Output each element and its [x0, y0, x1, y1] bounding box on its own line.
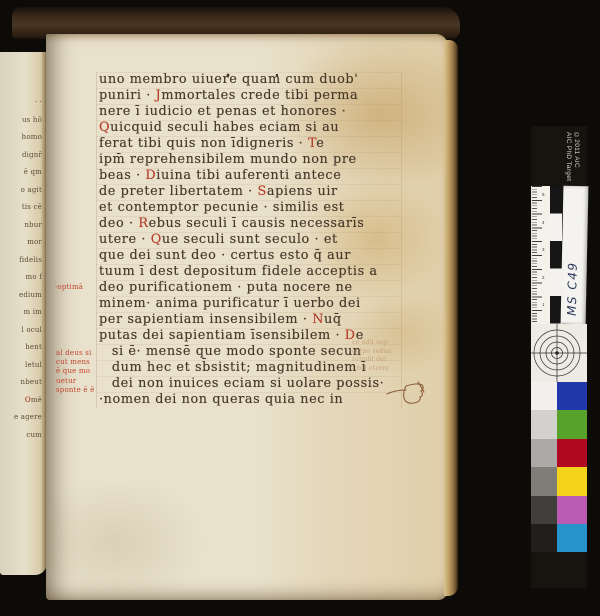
text-line: putas dei sapientiam īsensibilem · De [99, 328, 395, 344]
facing-fragment: homo [2, 129, 42, 147]
text-line: ferat tibi quis non īdigneris · Te [99, 136, 395, 152]
text-line: ·nomen dei non queras quia nec in [99, 392, 395, 408]
text-line: dei non inuices eciam si uolare possis· [99, 376, 395, 392]
gloss-line: al deus si [56, 349, 108, 358]
facing-fragment: ē qm [2, 164, 42, 182]
gloss-line: sponte ē ē [56, 386, 108, 395]
ruler-number: 4 [542, 220, 545, 225]
gloss-line: ē que mo [56, 367, 108, 376]
color-patches [531, 382, 587, 552]
facing-page-edge: · ·us hōhomodignr̄ē qmo agittis cēnburmo… [0, 52, 47, 575]
text-line: que dei sunt deo · certus esto q̄ aur [99, 248, 395, 264]
ruler-number: 1 [542, 302, 545, 307]
text-line: per sapientiam insensibilem · Nuq̄ [99, 312, 395, 328]
text-line: uno membro uiuere quam cum duob' [99, 72, 395, 88]
facing-fragment: nbur [2, 217, 42, 235]
facing-fragment: l ocul [2, 322, 42, 340]
focus-target-icon [531, 324, 587, 382]
manuscript-photo: · ·us hōhomodignr̄ē qmo agittis cēnburmo… [0, 0, 600, 616]
ruler-numbers: 54321 [542, 186, 549, 324]
facing-fragment: letul [2, 357, 42, 375]
patch-row [531, 467, 587, 495]
text-line: de preter libertatem · Sapiens uir [99, 184, 395, 200]
showthrough-line: ce adū uep [352, 338, 402, 347]
ruler-number: 3 [542, 247, 545, 252]
patch-row [531, 439, 587, 467]
facing-fragment: cum [2, 427, 42, 445]
gray-patch [531, 524, 557, 552]
patch-row [531, 410, 587, 438]
facing-fragment: mo f [2, 269, 42, 287]
facing-fragment: m im [2, 304, 42, 322]
page-fore-edge [444, 40, 458, 596]
color-patch [557, 496, 587, 524]
text-line: puniri · Jmmortales crede tibi perma [99, 88, 395, 104]
text-line: ipm̄ reprehensibilem mundo non pre [99, 152, 395, 168]
facing-fragment: e agere [2, 409, 42, 427]
facing-fragment: dignr̄ [2, 147, 42, 165]
gray-patch [531, 410, 557, 438]
facing-fragment: us hō [2, 112, 42, 130]
showthrough-line: I bel eterni [352, 364, 402, 373]
margin-gloss-optima: ·optimā [55, 283, 83, 292]
patch-row [531, 524, 587, 552]
text-line: dum hec et sb̄sistit; magnitudinem ī [99, 360, 395, 376]
facing-fragment: o agit [2, 182, 42, 200]
gloss-line: cut mens [56, 358, 108, 367]
showthrough-line: rehplit dei [352, 355, 402, 364]
gray-patch [531, 382, 557, 410]
facing-fragment: Omē [2, 392, 42, 410]
target-title: AIC PhD Target ©2011 AIC [564, 132, 580, 186]
facing-fragment: nbeut [2, 374, 42, 392]
text-line: Quicquid seculi habes eciam si au [99, 120, 395, 136]
facing-page-text-fragments: · ·us hōhomodignr̄ē qmo agittis cēnburmo… [2, 94, 42, 444]
showthrough-text: ce adū uepcetpo sedusrehplit deiI bel et… [352, 338, 402, 372]
ruler-number: 2 [542, 275, 545, 280]
text-line: beas · Diuina tibi auferenti antece [99, 168, 395, 184]
text-line: utere · Que seculi sunt seculo · et [99, 232, 395, 248]
text-line: deo purificationem · puta nocere ne [99, 280, 395, 296]
text-line: deo · Rebus seculi ī causis necessarīs [99, 216, 395, 232]
text-line: nere ī iudicio et penas et honores · [99, 104, 395, 120]
facing-fragment: mor [2, 234, 42, 252]
manicule-icon [385, 379, 425, 409]
gray-patch [531, 496, 557, 524]
facing-fragment: edium [2, 287, 42, 305]
facing-fragment: tis cē [2, 199, 42, 217]
patch-row [531, 496, 587, 524]
color-patch [557, 524, 587, 552]
facing-fragment: · · [2, 94, 42, 112]
showthrough-line: cetpo sedus [352, 347, 402, 356]
gray-patch [531, 467, 557, 495]
gloss-line: uetur [56, 377, 108, 386]
color-patch [557, 439, 587, 467]
color-patch [557, 410, 587, 438]
gray-patch [531, 439, 557, 467]
margin-gloss-note: al deus sicut mensē que mouetursponte ē … [56, 349, 108, 395]
target-header: AIC PhD Target ©2011 AIC [531, 126, 587, 186]
text-line: si ē· mensē que modo sponte secun [99, 344, 395, 360]
ruler-number: 5 [542, 192, 545, 197]
color-patch [557, 467, 587, 495]
patch-row [531, 382, 587, 410]
color-target: AIC PhD Target ©2011 AIC 54321 MS C49 [531, 126, 587, 588]
facing-fragment: hent [2, 339, 42, 357]
facing-fragment: fidelis [2, 252, 42, 270]
color-patch [557, 382, 587, 410]
text-line: et contemptor pecunie · similis est [99, 200, 395, 216]
text-line: tuum ī dest depositum fidele acceptis a [99, 264, 395, 280]
target-ruler: 54321 MS C49 [531, 186, 587, 324]
shelfmark-label: MS C49 [561, 186, 588, 324]
text-line: minem· anima purificatur ī uerbo dei [99, 296, 395, 312]
